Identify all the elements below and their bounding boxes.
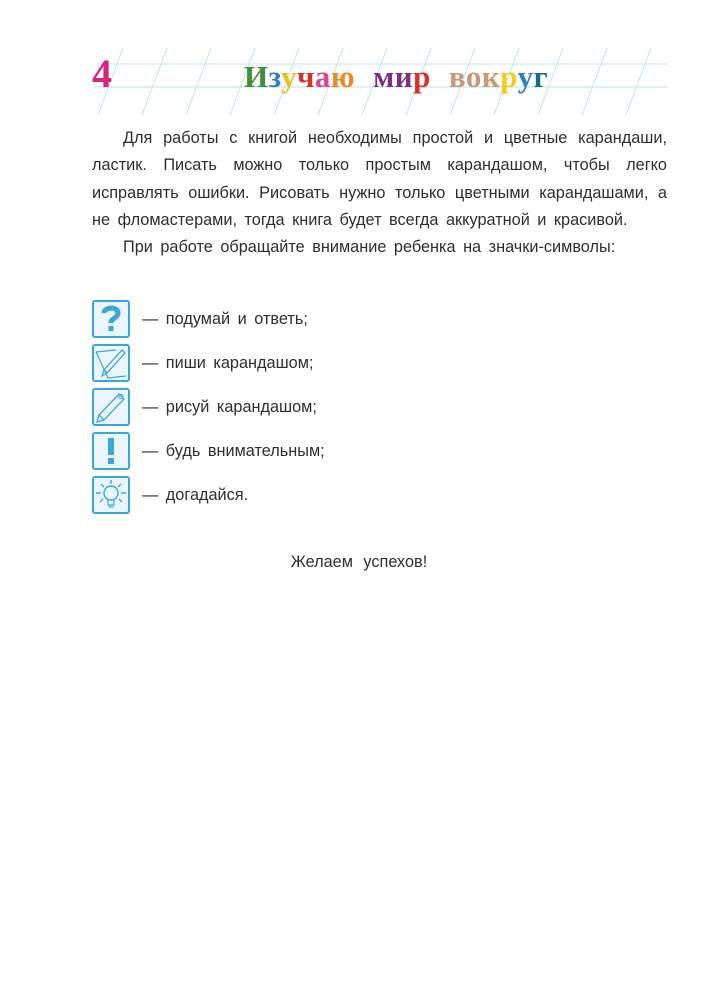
symbol-row-draw: — рисуй карандашом; (92, 385, 325, 429)
paragraph-materials: Для работы с книгой необходимы простой и… (92, 125, 667, 234)
symbol-row-guess: — догадайся. (92, 473, 325, 517)
page-number: 4 (92, 54, 112, 94)
light-bulb-icon (92, 476, 130, 514)
closing-wish: Желаем успехов! (0, 553, 718, 572)
title-word: мир (373, 60, 431, 94)
symbol-row-write: — пиши карандашом; (92, 341, 325, 385)
title-word: вокруг (449, 60, 548, 94)
symbol-label: — рисуй карандашом; (142, 398, 317, 417)
symbol-label: — подумай и ответь; (142, 310, 308, 329)
exclamation-mark-icon (92, 432, 130, 470)
symbol-row-think: — подумай и ответь; (92, 297, 325, 341)
paragraph-symbols-intro: При работе обращайте внимание ребенка на… (92, 234, 667, 261)
title-word: Изучаю (244, 60, 355, 94)
question-mark-icon (92, 300, 130, 338)
symbol-label: — будь внимательным; (142, 442, 325, 461)
pencil-writing-icon (92, 344, 130, 382)
page-header: 4 Изучаюмирвокруг (0, 0, 718, 130)
symbol-row-attention: — будь внимательным; (92, 429, 325, 473)
pencil-drawing-icon (92, 388, 130, 426)
chapter-title: Изучаюмирвокруг (244, 60, 548, 94)
symbol-legend: — подумай и ответь; — пиши карандашом; —… (92, 297, 325, 517)
intro-text: Для работы с книгой необходимы простой и… (92, 125, 667, 261)
symbol-label: — пиши карандашом; (142, 354, 313, 373)
symbol-label: — догадайся. (142, 486, 248, 505)
